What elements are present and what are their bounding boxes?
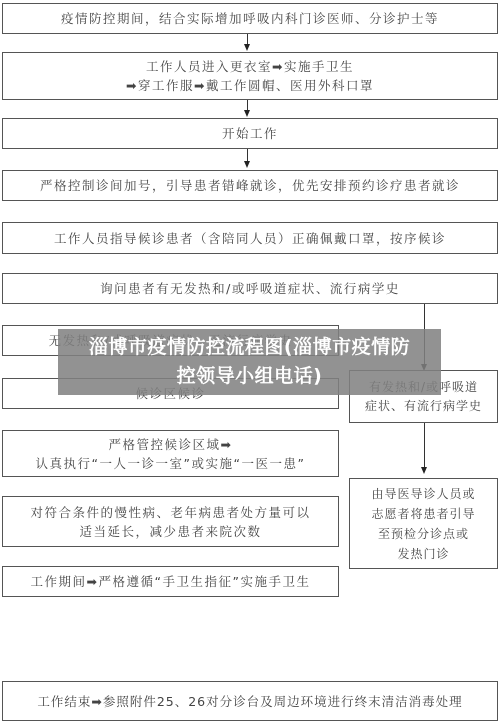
step-text: 适当延长，减少患者来院次数 bbox=[79, 522, 261, 541]
step-guide-waiting: 工作人员指导候诊患者（含陪同人员）正确佩戴口罩，按序候诊 bbox=[2, 222, 498, 254]
step-staffing: 疫情防控期间，结合实际增加呼吸内科门诊医师、分诊护士等 bbox=[2, 3, 498, 34]
step-text: 工作结束➡参照附件25、26对分诊台及周边环境进行终末清洁消毒处理 bbox=[37, 692, 462, 711]
branch-hand-hygiene: 工作期间➡严格遵循“手卫生指征”实施手卫生 bbox=[2, 566, 339, 597]
step-text: 志愿者将患者引导 bbox=[371, 504, 475, 524]
step-text: 认真执行“一人一诊一室”或实施“一医一患” bbox=[36, 454, 306, 473]
step-start-work: 开始工作 bbox=[2, 118, 498, 149]
step-text: ➡穿工作服➡戴工作圆帽、医用外科口罩 bbox=[126, 76, 374, 95]
step-text: 发热门诊 bbox=[397, 544, 449, 564]
step-text: 工作期间➡严格遵循“手卫生指征”实施手卫生 bbox=[31, 572, 311, 591]
step-inquiry: 询问患者有无发热和/或呼吸道症状、流行病学史 bbox=[2, 273, 498, 304]
step-control-registration: 严格控制诊间加号，引导患者错峰就诊，优先安排预约诊疗患者就诊 bbox=[2, 170, 498, 201]
step-text: 工作人员进入更衣室➡实施手卫生 bbox=[146, 57, 354, 76]
step-text: 对符合条件的慢性病、老年病患者处方量可以 bbox=[30, 503, 310, 522]
title-overlay: 淄博市疫情防控流程图(淄博市疫情防 控领导小组电话) bbox=[58, 329, 441, 395]
branch-chronic-prescription: 对符合条件的慢性病、老年病患者处方量可以 适当延长，减少患者来院次数 bbox=[2, 496, 339, 547]
arrow-down-icon bbox=[244, 110, 250, 117]
arrow-down-icon bbox=[244, 44, 250, 51]
step-text: 严格控制诊间加号，引导患者错峰就诊，优先安排预约诊疗患者就诊 bbox=[40, 176, 460, 195]
arrow-line bbox=[424, 423, 425, 468]
overlay-title-line2: 控领导小组电话) bbox=[58, 362, 441, 391]
step-text: 至预检分诊点或 bbox=[378, 524, 469, 544]
step-text: 开始工作 bbox=[222, 124, 278, 143]
step-end-disinfection: 工作结束➡参照附件25、26对分诊台及周边环境进行终末清洁消毒处理 bbox=[2, 681, 498, 721]
branch-guide-to-fever-clinic: 由导医导诊人员或 志愿者将患者引导 至预检分诊点或 发热门诊 bbox=[349, 478, 498, 569]
step-text: 询问患者有无发热和/或呼吸道症状、流行病学史 bbox=[100, 279, 400, 298]
step-text: 症状、有流行病学史 bbox=[365, 397, 482, 416]
step-changing-room: 工作人员进入更衣室➡实施手卫生 ➡穿工作服➡戴工作圆帽、医用外科口罩 bbox=[2, 52, 498, 100]
step-text: 由导医导诊人员或 bbox=[371, 484, 475, 504]
branch-control-area: 严格管控候诊区域➡ 认真执行“一人一诊一室”或实施“一医一患” bbox=[2, 430, 339, 477]
step-text: 工作人员指导候诊患者（含陪同人员）正确佩戴口罩，按序候诊 bbox=[54, 229, 446, 248]
arrow-down-icon bbox=[244, 161, 250, 168]
arrow-down-icon bbox=[421, 467, 427, 474]
step-text: 疫情防控期间，结合实际增加呼吸内科门诊医师、分诊护士等 bbox=[61, 9, 439, 28]
overlay-title-line1: 淄博市疫情防控流程图(淄博市疫情防 bbox=[58, 333, 441, 362]
step-text: 严格管控候诊区域➡ bbox=[109, 435, 233, 454]
